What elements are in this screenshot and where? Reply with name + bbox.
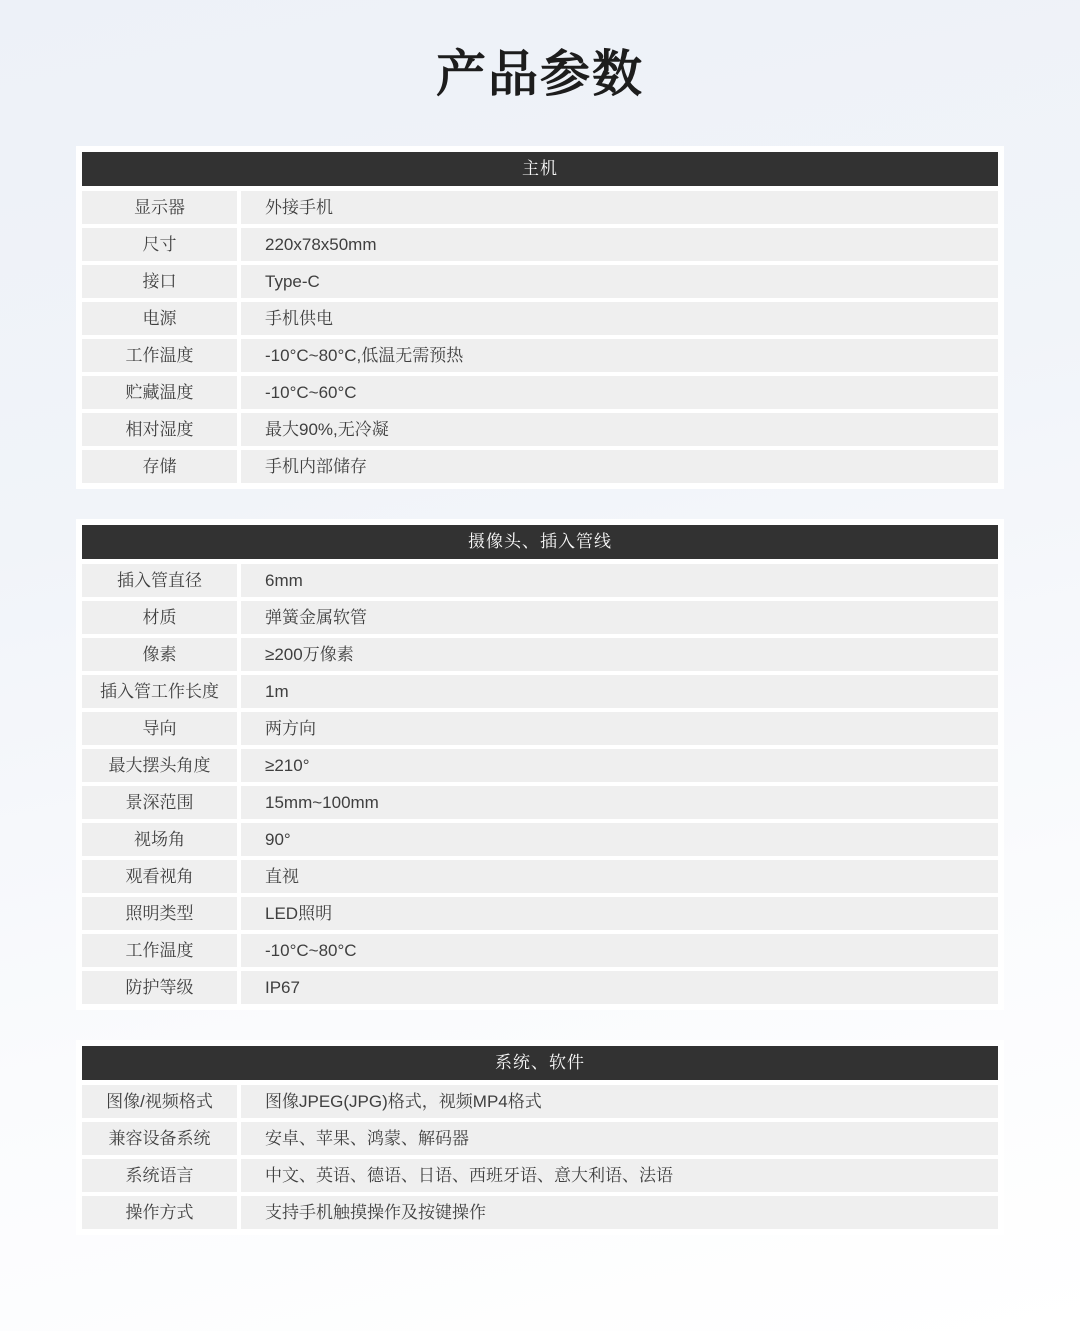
spec-row-label: 像素 bbox=[82, 638, 237, 671]
spec-rows: 图像/视频格式图像JPEG(JPG)格式，视频MP4格式兼容设备系统安卓、苹果、… bbox=[82, 1085, 998, 1229]
spec-row-label: 工作温度 bbox=[82, 934, 237, 967]
spec-row-label: 景深范围 bbox=[82, 786, 237, 819]
spec-row-label: 工作温度 bbox=[82, 339, 237, 372]
spec-row-value: -10°C~80°C,低温无需预热 bbox=[241, 339, 998, 372]
spec-row-value: 支持手机触摸操作及按键操作 bbox=[241, 1196, 998, 1229]
spec-rows: 插入管直径6mm材质弹簧金属软管像素≥200万像素插入管工作长度1m导向两方向最… bbox=[82, 564, 998, 1004]
spec-row-label: 电源 bbox=[82, 302, 237, 335]
spec-row: 插入管直径6mm bbox=[82, 564, 998, 597]
spec-row-label: 图像/视频格式 bbox=[82, 1085, 237, 1118]
spec-row: 兼容设备系统安卓、苹果、鸿蒙、解码器 bbox=[82, 1122, 998, 1155]
spec-row-label: 兼容设备系统 bbox=[82, 1122, 237, 1155]
spec-row-label: 导向 bbox=[82, 712, 237, 745]
spec-row-label: 贮藏温度 bbox=[82, 376, 237, 409]
spec-row-label: 插入管工作长度 bbox=[82, 675, 237, 708]
spec-row-label: 相对湿度 bbox=[82, 413, 237, 446]
spec-row-label: 操作方式 bbox=[82, 1196, 237, 1229]
spec-row: 照明类型LED照明 bbox=[82, 897, 998, 930]
spec-row: 尺寸220x78x50mm bbox=[82, 228, 998, 261]
spec-table-system-software: 系统、软件 图像/视频格式图像JPEG(JPG)格式，视频MP4格式兼容设备系统… bbox=[76, 1040, 1004, 1235]
spec-row-value: ≥200万像素 bbox=[241, 638, 998, 671]
spec-row-value: 图像JPEG(JPG)格式，视频MP4格式 bbox=[241, 1085, 998, 1118]
spec-row-label: 插入管直径 bbox=[82, 564, 237, 597]
spec-row-value: -10°C~60°C bbox=[241, 376, 998, 409]
spec-row: 观看视角直视 bbox=[82, 860, 998, 893]
spec-row-value: 外接手机 bbox=[241, 191, 998, 224]
spec-row-value: 6mm bbox=[241, 564, 998, 597]
spec-row-value: 手机内部储存 bbox=[241, 450, 998, 483]
spec-row-value: -10°C~80°C bbox=[241, 934, 998, 967]
spec-row-label: 尺寸 bbox=[82, 228, 237, 261]
spec-row-label: 最大摆头角度 bbox=[82, 749, 237, 782]
spec-row: 景深范围15mm~100mm bbox=[82, 786, 998, 819]
spec-row: 显示器外接手机 bbox=[82, 191, 998, 224]
spec-row: 材质弹簧金属软管 bbox=[82, 601, 998, 634]
spec-row-label: 防护等级 bbox=[82, 971, 237, 1004]
spec-table-main-unit: 主机 显示器外接手机尺寸220x78x50mm接口Type-C电源手机供电工作温… bbox=[76, 146, 1004, 489]
table-header: 系统、软件 bbox=[82, 1046, 998, 1080]
spec-row-value: IP67 bbox=[241, 971, 998, 1004]
spec-rows: 显示器外接手机尺寸220x78x50mm接口Type-C电源手机供电工作温度-1… bbox=[82, 191, 998, 483]
spec-row-value: LED照明 bbox=[241, 897, 998, 930]
spec-row: 像素≥200万像素 bbox=[82, 638, 998, 671]
spec-row-label: 材质 bbox=[82, 601, 237, 634]
spec-row-label: 接口 bbox=[82, 265, 237, 298]
spec-row-value: 手机供电 bbox=[241, 302, 998, 335]
spec-row: 存储手机内部储存 bbox=[82, 450, 998, 483]
spec-row-value: 15mm~100mm bbox=[241, 786, 998, 819]
spec-row: 工作温度-10°C~80°C bbox=[82, 934, 998, 967]
spec-row-value: 两方向 bbox=[241, 712, 998, 745]
spec-row-label: 照明类型 bbox=[82, 897, 237, 930]
page-title: 产品参数 bbox=[0, 0, 1080, 104]
spec-row: 最大摆头角度≥210° bbox=[82, 749, 998, 782]
spec-row: 工作温度-10°C~80°C,低温无需预热 bbox=[82, 339, 998, 372]
spec-row: 图像/视频格式图像JPEG(JPG)格式，视频MP4格式 bbox=[82, 1085, 998, 1118]
spec-row-value: Type-C bbox=[241, 265, 998, 298]
spec-row-label: 观看视角 bbox=[82, 860, 237, 893]
spec-row-label: 存储 bbox=[82, 450, 237, 483]
spec-row-value: 中文、英语、德语、日语、西班牙语、意大利语、法语 bbox=[241, 1159, 998, 1192]
spec-row-value: 安卓、苹果、鸿蒙、解码器 bbox=[241, 1122, 998, 1155]
spec-row-label: 显示器 bbox=[82, 191, 237, 224]
spec-row: 相对湿度最大90%,无冷凝 bbox=[82, 413, 998, 446]
spec-row-label: 系统语言 bbox=[82, 1159, 237, 1192]
spec-row-value: ≥210° bbox=[241, 749, 998, 782]
spec-table-camera-tube: 摄像头、插入管线 插入管直径6mm材质弹簧金属软管像素≥200万像素插入管工作长… bbox=[76, 519, 1004, 1010]
spec-row: 视场角90° bbox=[82, 823, 998, 856]
spec-row: 电源手机供电 bbox=[82, 302, 998, 335]
spec-row-value: 最大90%,无冷凝 bbox=[241, 413, 998, 446]
spec-row: 导向两方向 bbox=[82, 712, 998, 745]
spec-row-value: 90° bbox=[241, 823, 998, 856]
spec-row-value: 直视 bbox=[241, 860, 998, 893]
spec-row: 贮藏温度-10°C~60°C bbox=[82, 376, 998, 409]
spec-row-value: 1m bbox=[241, 675, 998, 708]
table-header: 摄像头、插入管线 bbox=[82, 525, 998, 559]
table-header: 主机 bbox=[82, 152, 998, 186]
spec-row: 操作方式支持手机触摸操作及按键操作 bbox=[82, 1196, 998, 1229]
spec-row-label: 视场角 bbox=[82, 823, 237, 856]
spec-content: 主机 显示器外接手机尺寸220x78x50mm接口Type-C电源手机供电工作温… bbox=[0, 146, 1080, 1235]
spec-row: 插入管工作长度1m bbox=[82, 675, 998, 708]
spec-row-value: 弹簧金属软管 bbox=[241, 601, 998, 634]
spec-row: 系统语言中文、英语、德语、日语、西班牙语、意大利语、法语 bbox=[82, 1159, 998, 1192]
spec-row-value: 220x78x50mm bbox=[241, 228, 998, 261]
spec-row: 防护等级IP67 bbox=[82, 971, 998, 1004]
spec-row: 接口Type-C bbox=[82, 265, 998, 298]
